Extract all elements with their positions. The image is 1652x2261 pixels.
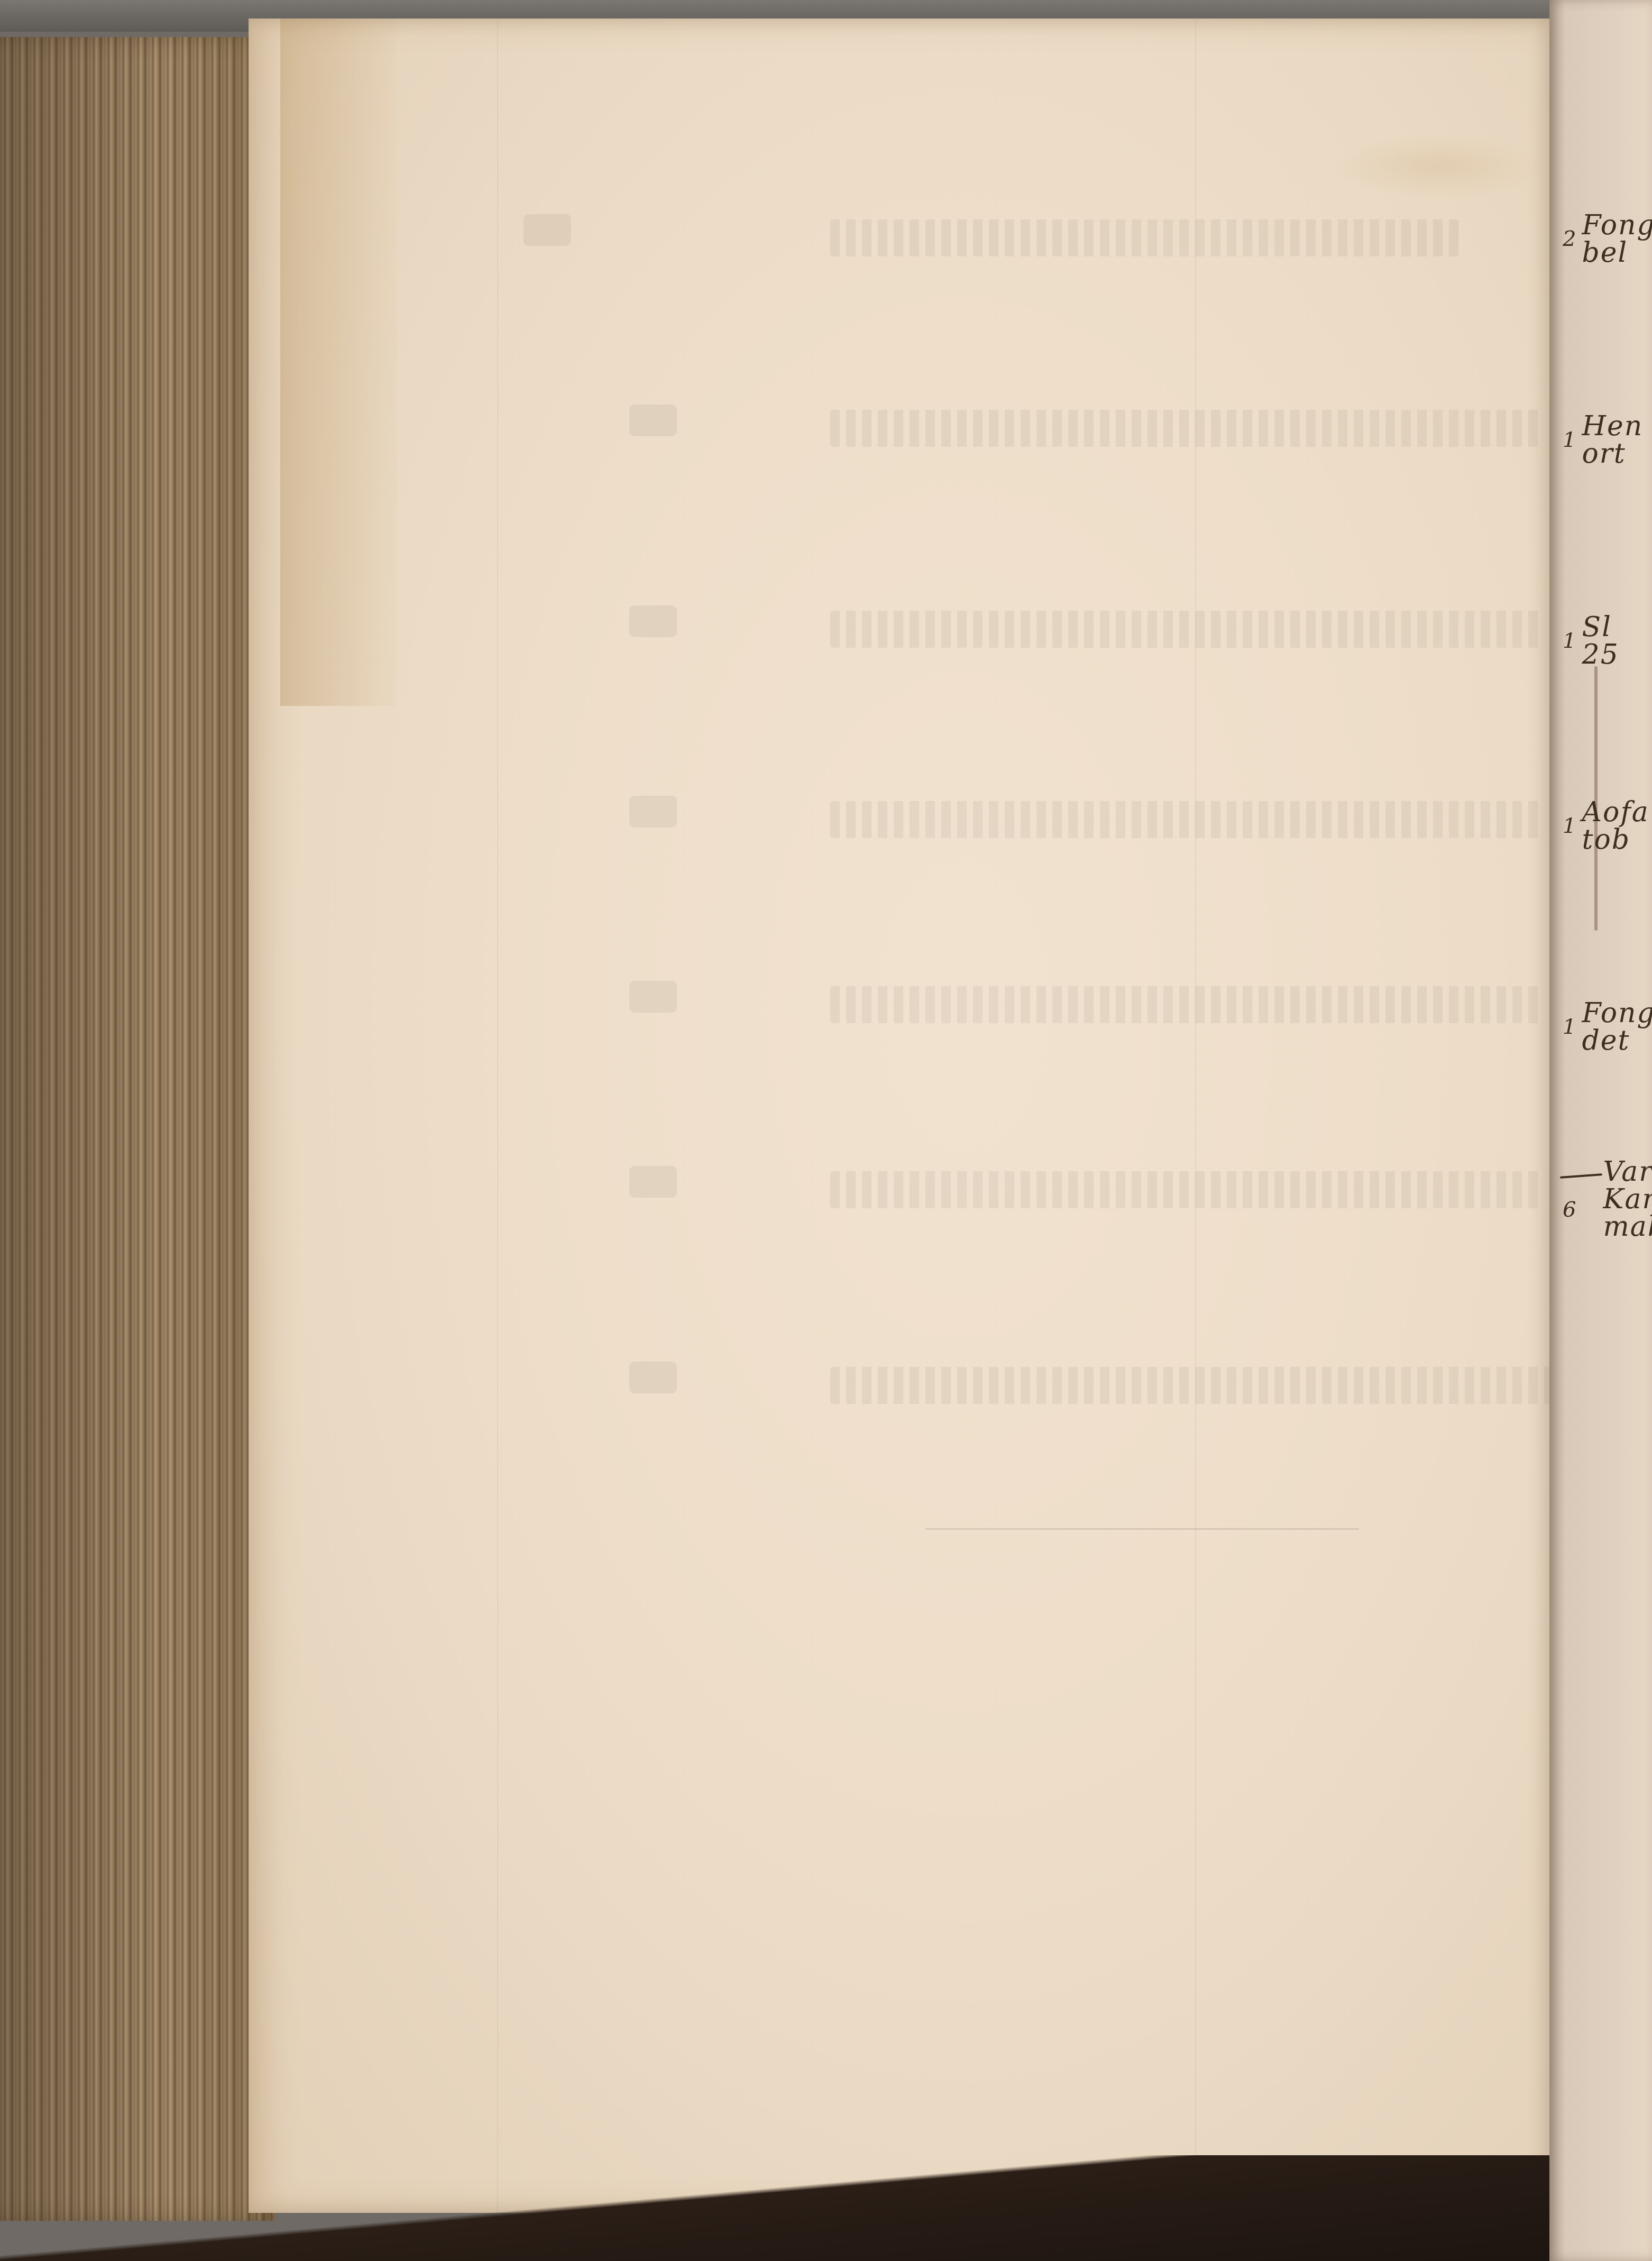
bleed-through-row xyxy=(830,1367,1560,1404)
marginal-note: 6 VarrKargmab xyxy=(1563,1158,1652,1240)
marginal-note: 1 Aofatob xyxy=(1563,798,1649,853)
bleed-through-row xyxy=(830,219,1465,256)
bleed-through-row xyxy=(830,611,1544,648)
marginal-note: 1 Sl25 xyxy=(1563,613,1619,668)
facing-page-edge xyxy=(1549,0,1652,2261)
bleed-through-row xyxy=(830,1171,1544,1208)
bleed-through-amount xyxy=(629,981,677,1013)
bleed-through-row xyxy=(830,986,1544,1023)
bleed-through-amount xyxy=(629,796,677,828)
column-ruling xyxy=(1195,19,1196,2213)
bleed-through-amount xyxy=(629,1166,677,1198)
marginal-note: 2 Fongebel xyxy=(1563,212,1652,266)
blank-verso-page xyxy=(249,19,1549,2213)
bleed-through-row xyxy=(830,410,1544,447)
bleed-through-row xyxy=(830,801,1544,838)
column-ruling xyxy=(497,19,498,2213)
book-page-edges xyxy=(0,37,275,2221)
bleed-through-amount xyxy=(629,1362,677,1393)
water-stain xyxy=(280,19,397,706)
water-stain-top xyxy=(1333,135,1544,198)
bleed-through-total-line xyxy=(925,1528,1359,1530)
bleed-through-amount xyxy=(524,214,571,246)
bleed-through-amount xyxy=(629,605,677,637)
marginal-note: 1 Henort xyxy=(1563,412,1643,467)
marginal-note: 1 Fongdet xyxy=(1563,999,1652,1054)
bleed-through-amount xyxy=(629,405,677,436)
book-cover-shadow xyxy=(0,2155,1652,2261)
